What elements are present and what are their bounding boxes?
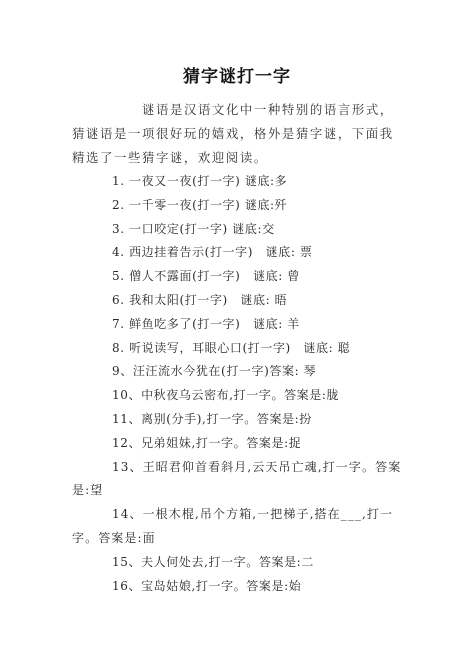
document-title: 猜字谜打一字 [0,62,474,87]
riddle-item: 15、夫人何处去,打一字。答案是:二 [72,551,408,575]
document-page: 猜字谜打一字 谜语是汉语文化中一种特别的语言形式，猜谜语是一项很好玩的嬉戏，格外… [0,0,474,670]
riddle-item: 13、王昭君仰首看斜月,云天吊亡魂,打一字。答案是:望 [72,456,408,504]
intro-paragraph: 谜语是汉语文化中一种特别的语言形式，猜谜语是一项很好玩的嬉戏，格外是猜字谜，下面… [72,98,404,170]
riddle-item: 4. 西边挂着告示(打一字) 谜底: 票 [72,241,408,265]
riddle-item: 1. 一夜又一夜(打一字) 谜底:多 [72,170,408,194]
riddle-item: 12、兄弟姐妹,打一字。答案是:捉 [72,432,408,456]
riddle-item: 8. 听说读写，耳眼心口(打一字) 谜底: 聪 [72,337,408,361]
riddle-list: 1. 一夜又一夜(打一字) 谜底:多 2. 一千零一夜(打一字) 谜底:歼 3.… [72,170,408,598]
riddle-item: 2. 一千零一夜(打一字) 谜底:歼 [72,194,408,218]
riddle-item: 7. 鲜鱼吃多了(打一字) 谜底: 羊 [72,313,408,337]
riddle-item: 11、离别(分手),打一字。答案是:扮 [72,408,408,432]
riddle-item: 6. 我和太阳(打一字) 谜底: 晤 [72,289,408,313]
riddle-item: 10、中秋夜乌云密布,打一字。答案是:胧 [72,384,408,408]
riddle-item: 3. 一口咬定(打一字) 谜底:交 [72,218,408,242]
riddle-item: 14、一根木棍,吊个方箱,一把梯子,搭在___,打一字。答案是:面 [72,503,408,551]
riddle-item: 16、宝岛姑娘,打一字。答案是:始 [72,575,408,599]
riddle-item: 5. 僧人不露面(打一字) 谜底: 曾 [72,265,408,289]
riddle-item: 9、汪汪流水今犹在(打一字)答案: 琴 [72,360,408,384]
